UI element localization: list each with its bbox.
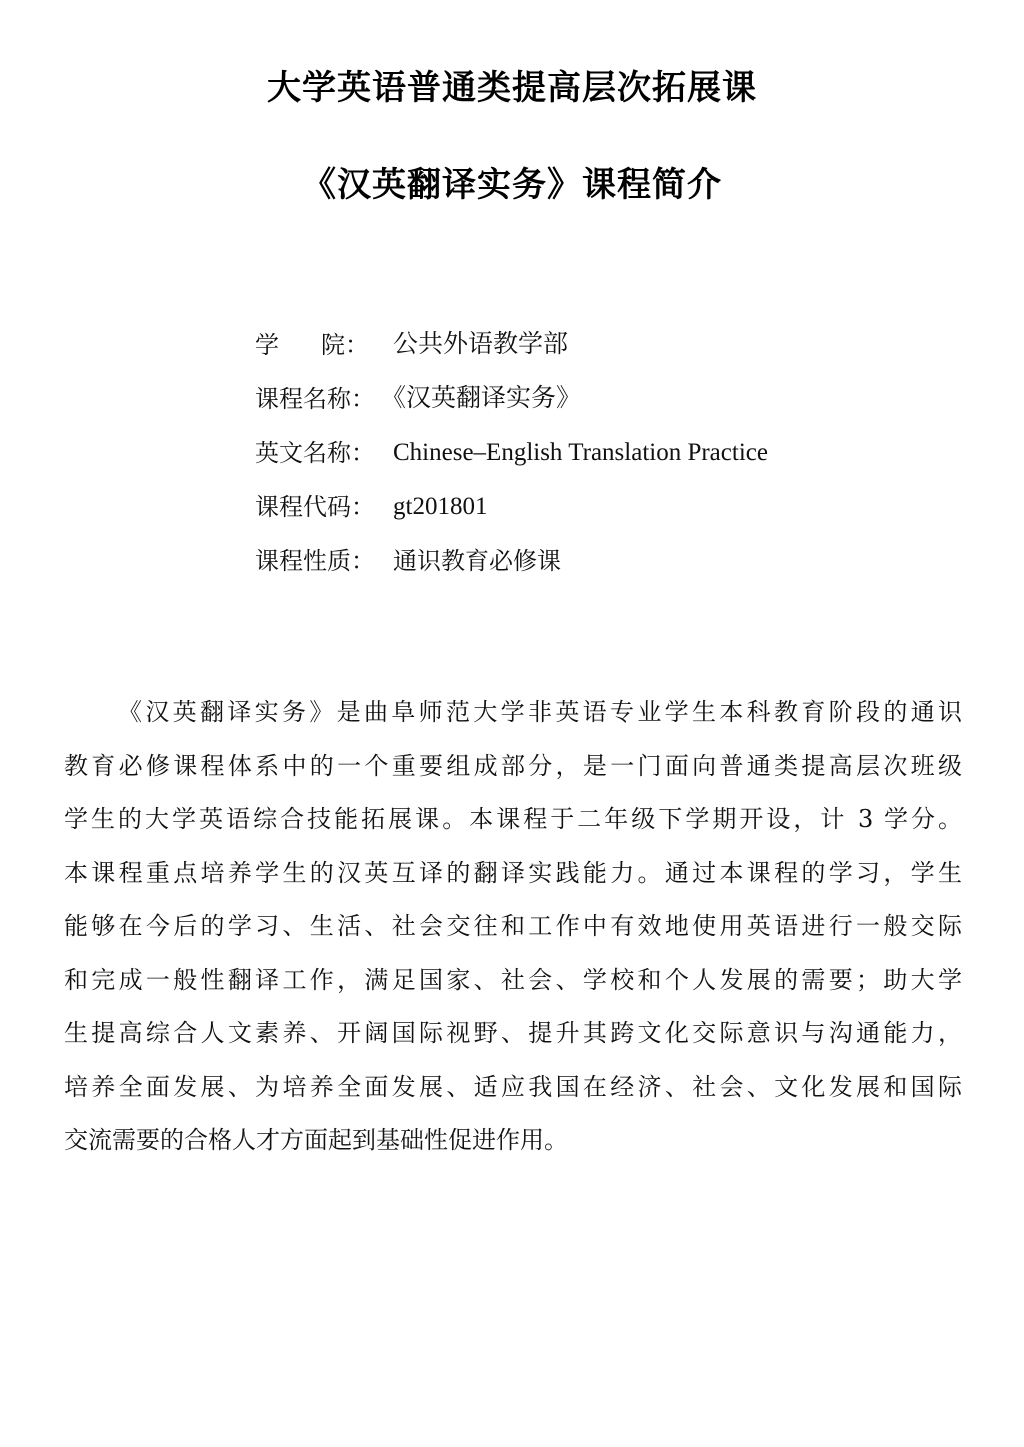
info-label-english-name: 英文名称： <box>255 433 393 473</box>
info-label-course-code: 课程代码： <box>255 487 393 527</box>
course-info-list: 学 院： 公共外语教学部 课程名称： 《汉英翻译实务》 英文名称： Chines… <box>255 318 768 588</box>
info-label-college-part-2: 院： <box>321 325 369 365</box>
info-row-course-code: 课程代码： gt201801 <box>255 480 768 534</box>
paragraph-line: 能够在今后的学习、生活、社会交往和工作中有效地使用英语进行一般交际 <box>64 906 962 960</box>
info-label-college-part-1: 学 <box>255 325 279 365</box>
paragraph-line: 本课程重点培养学生的汉英互译的翻译实践能力。通过本课程的学习，学生 <box>64 853 962 907</box>
paragraph-line: 和完成一般性翻译工作，满足国家、社会、学校和个人发展的需要；助大学 <box>64 960 962 1014</box>
paragraph-line: 交流需要的合格人才方面起到基础性促进作用。 <box>64 1120 962 1174</box>
paragraph-line: 《汉英翻译实务》是曲阜师范大学非英语专业学生本科教育阶段的通识 <box>64 692 962 746</box>
info-value-course-nature: 通识教育必修课 <box>393 541 561 581</box>
info-row-course-nature: 课程性质： 通识教育必修课 <box>255 534 768 588</box>
course-description-paragraph: 《汉英翻译实务》是曲阜师范大学非英语专业学生本科教育阶段的通识 教育必修课程体系… <box>64 692 962 1174</box>
paragraph-line: 学生的大学英语综合技能拓展课。本课程于二年级下学期开设，计 3 学分。 <box>64 799 962 853</box>
document-page: 大学英语普通类提高层次拓展课 《汉英翻译实务》课程简介 学 院： 公共外语教学部… <box>0 0 1024 1447</box>
info-value-course-code: gt201801 <box>393 487 487 527</box>
paragraph-line: 教育必修课程体系中的一个重要组成部分，是一门面向普通类提高层次班级 <box>64 746 962 800</box>
info-label-course-nature: 课程性质： <box>255 541 393 581</box>
info-label-college: 学 院： <box>255 325 369 365</box>
info-value-college: 公共外语教学部 <box>393 325 568 365</box>
document-title-line-2: 《汉英翻译实务》课程简介 <box>0 165 1024 205</box>
info-row-course-name: 课程名称： 《汉英翻译实务》 <box>255 372 768 426</box>
info-row-college: 学 院： 公共外语教学部 <box>255 318 768 372</box>
paragraph-line: 生提高综合人文素养、开阔国际视野、提升其跨文化交际意识与沟通能力， <box>64 1013 962 1067</box>
info-row-english-name: 英文名称： Chinese–English Translation Practi… <box>255 426 768 480</box>
info-label-course-name: 课程名称： <box>255 379 393 419</box>
document-title-line-1: 大学英语普通类提高层次拓展课 <box>0 68 1024 108</box>
info-value-english-name: Chinese–English Translation Practice <box>393 433 768 473</box>
info-value-course-name: 《汉英翻译实务》 <box>381 379 581 419</box>
paragraph-line: 培养全面发展、为培养全面发展、适应我国在经济、社会、文化发展和国际 <box>64 1067 962 1121</box>
